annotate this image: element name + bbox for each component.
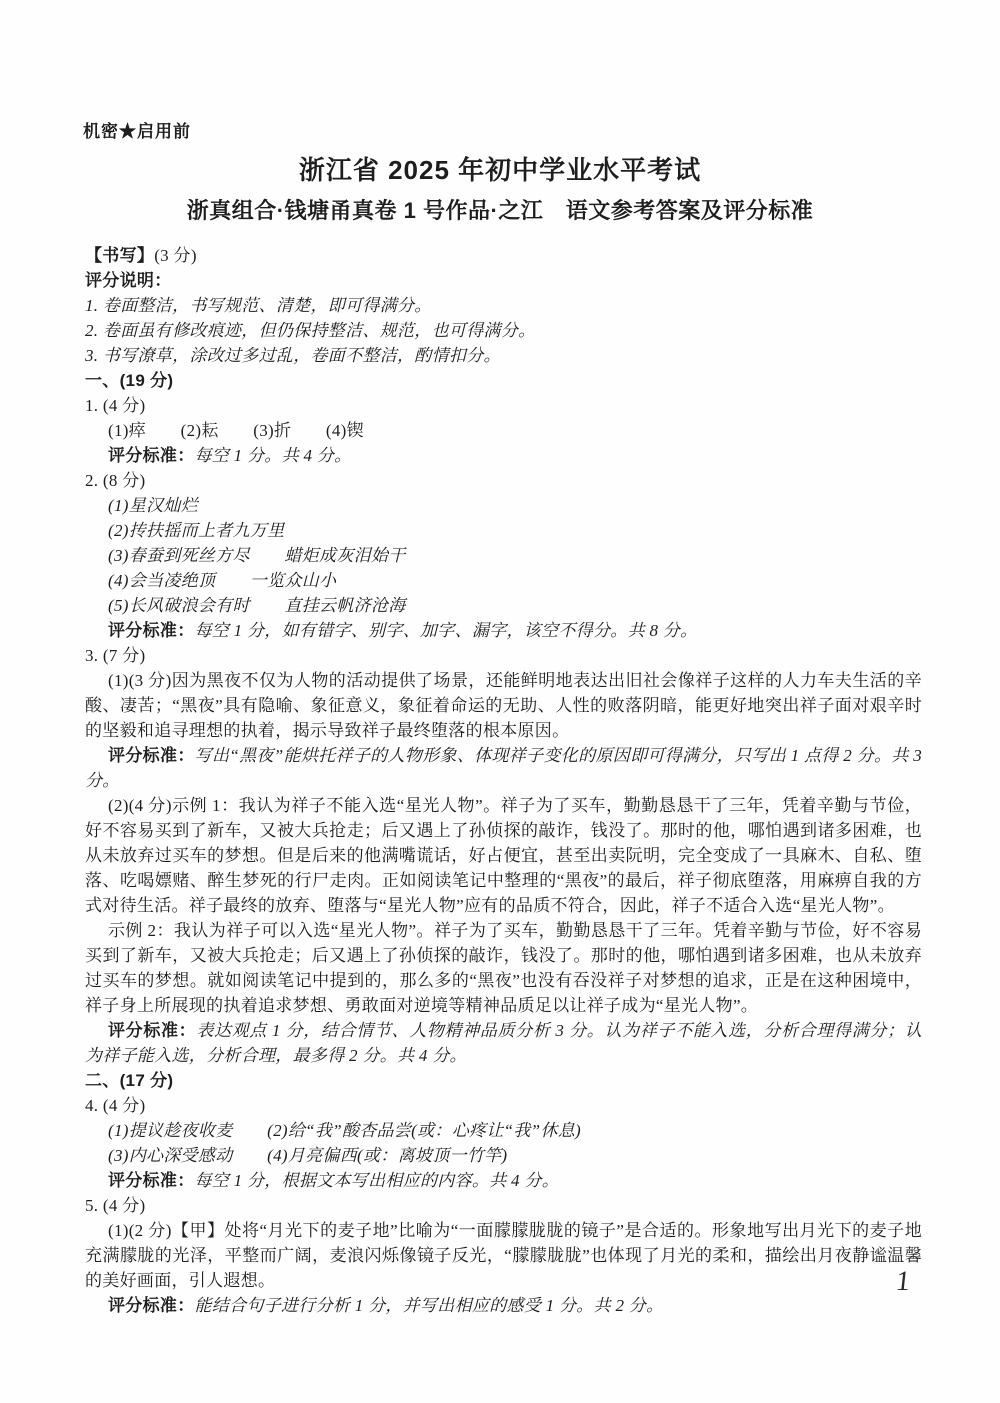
q4-answer-1: (1)提议趁夜收麦 (2)给“我”酸杏品尝(或：心疼让“我”休息) (85, 1118, 922, 1143)
q1-standard-label: 评分标准： (108, 446, 195, 465)
q5-standard: 评分标准：能结合句子进行分析 1 分，并写出相应的感受 1 分。共 2 分。 (85, 1293, 922, 1318)
scoring-note-3: 3. 书写潦草，涂改过多过乱，卷面不整洁，酌情扣分。 (85, 343, 922, 368)
q2-answer-1: (1)星汉灿烂 (85, 493, 922, 518)
q5-number: 5. (4 分) (85, 1193, 922, 1218)
q2-standard-text: 每空 1 分，如有错字、别字、加字、漏字，该空不得分。共 8 分。 (195, 621, 698, 640)
handwriting-section-heading: 【书写】(3 分) (85, 243, 922, 268)
page-title: 浙江省 2025 年初中学业水平考试 (0, 150, 1000, 187)
q2-answer-3: (3)春蚕到死丝方尽 蜡炬成灰泪始干 (85, 543, 922, 568)
scoring-note-1: 1. 卷面整洁，书写规范、清楚，即可得满分。 (85, 293, 922, 318)
q3-standard-1-label: 评分标准： (108, 746, 195, 765)
q2-answer-4: (4)会当凌绝顶 一览众山小 (85, 568, 922, 593)
q3-answer-2-example-1: (2)(4 分)示例 1：我认为祥子不能入选“星光人物”。祥子为了买车，勤勤恳恳… (85, 793, 922, 918)
q3-number: 3. (7 分) (85, 643, 922, 668)
q1-answer: (1)瘁 (2)耘 (3)折 (4)锲 (85, 418, 922, 443)
q5-standard-text: 能结合句子进行分析 1 分，并写出相应的感受 1 分。共 2 分。 (195, 1296, 664, 1315)
scoring-notes-title: 评分说明： (85, 268, 922, 293)
q3-standard-1: 评分标准：写出“黑夜”能烘托祥子的人物形象、体现祥子变化的原因即可得满分，只写出… (85, 743, 922, 793)
q4-standard-text: 每空 1 分，根据文本写出相应的内容。共 4 分。 (195, 1171, 560, 1190)
q4-answer-2: (3)内心深受感动 (4)月亮偏西(或：离坡顶一竹竿) (85, 1143, 922, 1168)
q3-standard-1-text: 写出“黑夜”能烘托祥子的人物形象、体现祥子变化的原因即可得满分，只写出 1 点得… (85, 746, 922, 790)
q1-standard: 评分标准：每空 1 分。共 4 分。 (85, 443, 922, 468)
q4-standard: 评分标准：每空 1 分，根据文本写出相应的内容。共 4 分。 (85, 1168, 922, 1193)
q2-number: 2. (8 分) (85, 468, 922, 493)
q4-standard-label: 评分标准： (108, 1171, 195, 1190)
q1-number: 1. (4 分) (85, 393, 922, 418)
q4-number: 4. (4 分) (85, 1093, 922, 1118)
q5-answer-1: (1)(2 分)【甲】处将“月光下的麦子地”比喻为“一面朦朦胧胧的镜子”是合适的… (85, 1218, 922, 1293)
answer-content: 【书写】(3 分) 评分说明： 1. 卷面整洁，书写规范、清楚，即可得满分。 2… (85, 243, 922, 1318)
q3-standard-2-text: 表达观点 1 分，结合情节、人物精神品质分析 3 分。认为祥子不能入选，分析合理… (85, 1021, 922, 1065)
q2-standard: 评分标准：每空 1 分，如有错字、别字、加字、漏字，该空不得分。共 8 分。 (85, 618, 922, 643)
q3-standard-2-label: 评分标准： (108, 1021, 196, 1040)
q3-standard-2: 评分标准：表达观点 1 分，结合情节、人物精神品质分析 3 分。认为祥子不能入选… (85, 1018, 922, 1068)
section-1-heading: 一、(19 分) (85, 368, 922, 393)
q2-answer-5: (5)长风破浪会有时 直挂云帆济沧海 (85, 593, 922, 618)
q2-answer-2: (2)抟扶摇而上者九万里 (85, 518, 922, 543)
handwriting-score: (3 分) (154, 246, 197, 265)
section-2-heading: 二、(17 分) (85, 1068, 922, 1093)
q5-standard-label: 评分标准： (108, 1296, 195, 1315)
q1-standard-text: 每空 1 分。共 4 分。 (195, 446, 352, 465)
q3-answer-2-example-2: 示例 2：我认为祥子可以入选“星光人物”。祥子为了买车，勤勤恳恳干了三年。凭着辛… (85, 918, 922, 1018)
q2-standard-label: 评分标准： (108, 621, 195, 640)
page-subtitle: 浙真组合·钱塘甬真卷 1 号作品·之江 语文参考答案及评分标准 (0, 194, 1000, 225)
confidential-notice: 机密★启用前 (83, 117, 191, 142)
scoring-note-2: 2. 卷面虽有修改痕迹，但仍保持整洁、规范，也可得满分。 (85, 318, 922, 343)
answer-key-page: 机密★启用前 浙江省 2025 年初中学业水平考试 浙真组合·钱塘甬真卷 1 号… (0, 0, 1000, 1403)
q3-answer-1: (1)(3 分)因为黑夜不仅为人物的活动提供了场景，还能鲜明地表达出旧社会像祥子… (85, 668, 922, 743)
handwriting-label: 【书写】 (85, 246, 154, 265)
